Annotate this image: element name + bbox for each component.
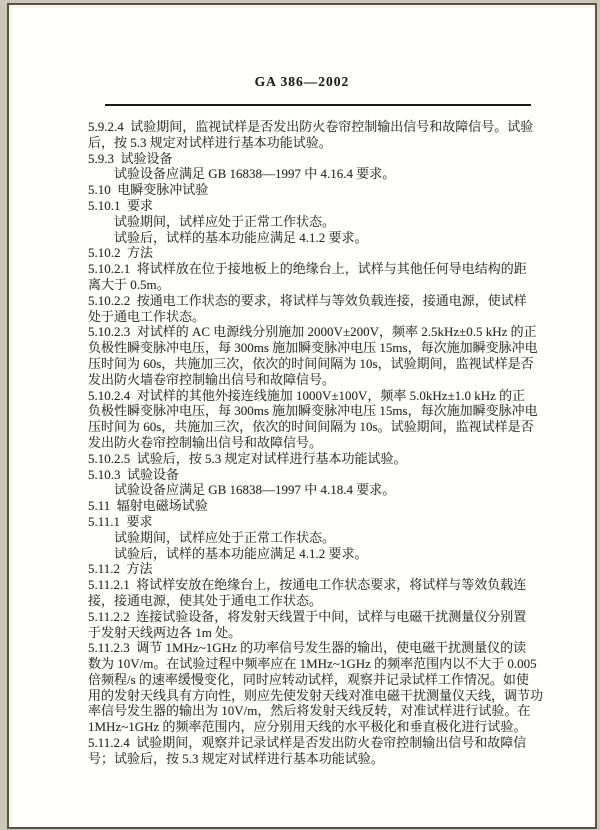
text-line: 5.11 辐射电磁场试验 xyxy=(88,498,550,514)
scanned-page-background: { "header": { "standard_code": "GA 386—2… xyxy=(0,0,600,830)
document-page: GA 386—2002 5.9.2.4 试验期间，监视试样是否发出防火卷帘控制输… xyxy=(7,3,597,829)
text-line: 5.11.1 要求 xyxy=(88,514,550,530)
text-line: 离大于 0.5m。 xyxy=(88,277,550,293)
text-line: 负极性瞬变脉冲电压，每 300ms 施加瞬变脉冲电压 15ms，每次施加瞬变脉冲… xyxy=(88,340,550,356)
text-line: 5.11.2.1 将试样安放在绝缘台上，按通电工作状态要求，将试样与等效负载连 xyxy=(88,577,550,593)
text-line: 5.10.2.4 对试样的其他外接连线施加 1000V±100V，频率 5.0k… xyxy=(88,388,550,404)
text-line: 5.10.2.2 按通电工作状态的要求，将试样与等效负载连接，接通电源，使试样 xyxy=(88,293,550,309)
text-line: 倍频程/s 的速率缓慢变化，同时应转动试样，观察并记录试样工作情况。如使 xyxy=(88,672,550,688)
text-line: 5.11.2.4 试验期间，观察并记录试样是否发出防火卷帘控制输出信号和故障信 xyxy=(88,735,550,751)
text-line: 发出防火墙卷帘控制输出信号和故障信号。 xyxy=(88,372,550,388)
text-line: 1MHz~1GHz 的频率范围内，应分别用天线的水平极化和垂直极化进行试验。 xyxy=(88,719,550,735)
text-line: 试验后，试样的基本功能应满足 4.1.2 要求。 xyxy=(88,546,550,562)
text-line: 5.9.3 试验设备 xyxy=(88,151,550,167)
header-divider-rule xyxy=(105,104,531,106)
text-line: 号；试验后，按 5.3 规定对试样进行基本功能试验。 xyxy=(88,751,550,767)
standard-code-header: GA 386—2002 xyxy=(9,74,595,90)
text-line: 接，接通电源，使其处于通电工作状态。 xyxy=(88,593,550,609)
text-line: 负极性瞬变脉冲电压，每 300ms 施加瞬变脉冲电压 15ms，每次施加瞬变脉冲… xyxy=(88,403,550,419)
text-line: 试验后，试样的基本功能应满足 4.1.2 要求。 xyxy=(88,230,550,246)
text-line: 处于通电工作状态。 xyxy=(88,309,550,325)
text-line: 5.10.2.3 对试样的 AC 电源线分别施加 2000V±200V，频率 2… xyxy=(88,324,550,340)
text-line: 后，按 5.3 规定对试样进行基本功能试验。 xyxy=(88,135,550,151)
text-line: 压时间为 60s，共施加三次，依次的时间间隔为 10s。试验期间，监视试样是否 xyxy=(88,419,550,435)
text-line: 率信号发生器的输出为 10V/m，然后将发射天线反转，对准试样进行试验。在 xyxy=(88,703,550,719)
text-line: 5.10.2.5 试验后，按 5.3 规定对试样进行基本功能试验。 xyxy=(88,451,550,467)
text-line: 试验期间，试样应处于正常工作状态。 xyxy=(88,530,550,546)
document-body: 5.9.2.4 试验期间，监视试样是否发出防火卷帘控制输出信号和故障信号。试验后… xyxy=(88,119,550,767)
text-line: 5.11.2 方法 xyxy=(88,561,550,577)
text-line: 于发射天线两边各 1m 处。 xyxy=(88,625,550,641)
text-line: 用的发射天线具有方向性，则应先使发射天线对准电磁干扰测量仪天线，调节功 xyxy=(88,688,550,704)
text-line: 5.10.2 方法 xyxy=(88,245,550,261)
text-line: 5.10.3 试验设备 xyxy=(88,467,550,483)
text-line: 试验设备应满足 GB 16838—1997 中 4.18.4 要求。 xyxy=(88,482,550,498)
text-line: 数为 10V/m。在试验过程中频率应在 1MHz~1GHz 的频率范围内以不大于… xyxy=(88,656,550,672)
text-line: 发出防火卷帘控制输出信号和故障信号。 xyxy=(88,435,550,451)
text-line: 试验期间，试样应处于正常工作状态。 xyxy=(88,214,550,230)
text-line: 5.9.2.4 试验期间，监视试样是否发出防火卷帘控制输出信号和故障信号。试验 xyxy=(88,119,550,135)
text-line: 5.10 电瞬变脉冲试验 xyxy=(88,182,550,198)
text-line: 试验设备应满足 GB 16838—1997 中 4.16.4 要求。 xyxy=(88,166,550,182)
text-line: 5.10.1 要求 xyxy=(88,198,550,214)
text-line: 5.10.2.1 将试样放在位于接地板上的绝缘台上，试样与其他任何导电结构的距 xyxy=(88,261,550,277)
text-line: 压时间为 60s，共施加三次，依次的时间间隔为 10s，试验期间，监视试样是否 xyxy=(88,356,550,372)
text-line: 5.11.2.2 连接试验设备，将发射天线置于中间，试样与电磁干扰测量仪分别置 xyxy=(88,609,550,625)
text-line: 5.11.2.3 调节 1MHz~1GHz 的功率信号发生器的输出，使电磁干扰测… xyxy=(88,640,550,656)
